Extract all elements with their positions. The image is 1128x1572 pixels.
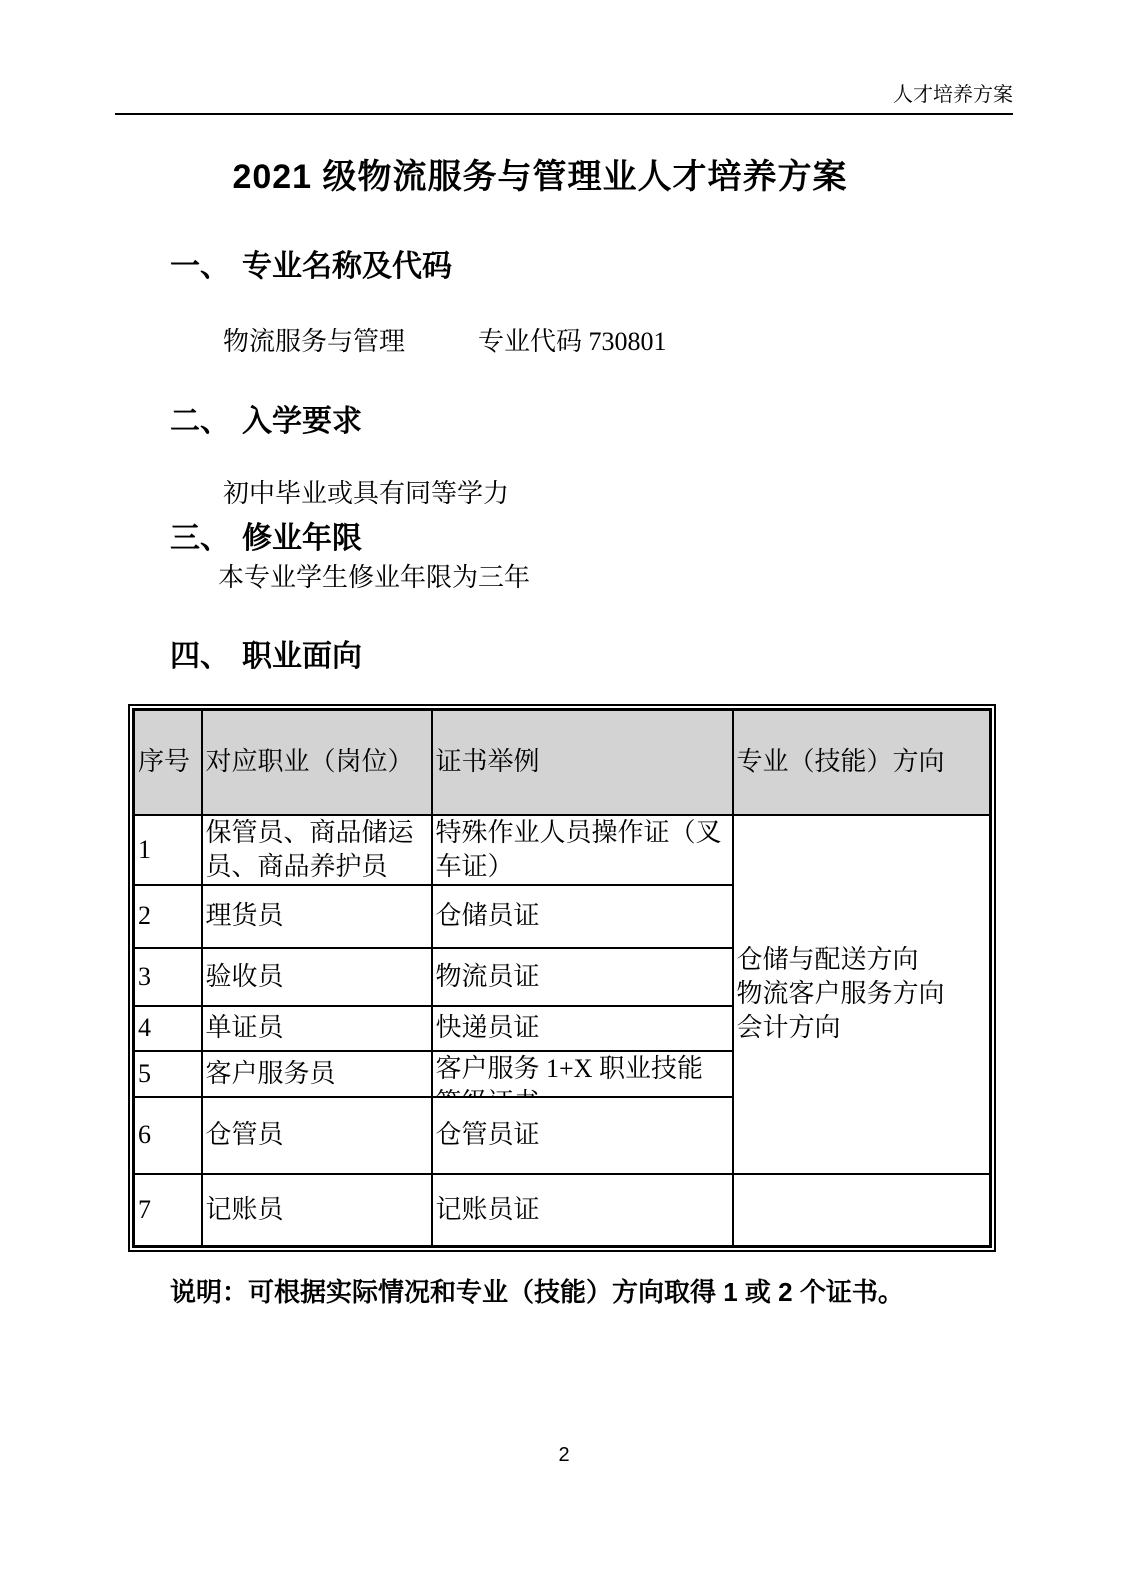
running-header: 人才培养方案 xyxy=(115,82,1013,115)
section-4-label: 职业面向 xyxy=(242,640,362,673)
section-2-number: 二、 xyxy=(170,405,230,438)
direction-cell: 仓储与配送方向 物流客户服务方向 会计方向 xyxy=(733,815,991,1174)
cert-cell: 记账员证 xyxy=(432,1174,733,1247)
career-orientation-table: 序号 对应职业（岗位） 证书举例 专业（技能）方向 1 保管员、商品储运员、商品… xyxy=(132,708,992,1248)
table-row: 1 保管员、商品储运员、商品养护员 特殊作业人员操作证（叉车证） 仓储与配送方向… xyxy=(134,815,991,885)
career-table-frame: 序号 对应职业（岗位） 证书举例 专业（技能）方向 1 保管员、商品储运员、商品… xyxy=(128,704,996,1252)
job-cell: 记账员 xyxy=(202,1174,432,1247)
admission-requirement-text: 初中毕业或具有同等学力 xyxy=(223,477,509,511)
table-row: 7 记账员 记账员证 xyxy=(134,1174,991,1247)
job-cell: 理货员 xyxy=(202,885,432,948)
cert-cell: 客户服务 1+X 职业技能等级证书 xyxy=(432,1051,733,1097)
cert-clipped-text: 客户服务 1+X 职业技能等级证书 xyxy=(436,1052,728,1096)
row-number-cell: 2 xyxy=(134,885,202,948)
job-cell: 仓管员 xyxy=(202,1097,432,1174)
section-3-number: 三、 xyxy=(170,522,230,555)
section-2-label: 入学要求 xyxy=(242,405,362,438)
cert-cell: 仓储员证 xyxy=(432,885,733,948)
section-4-heading: 四、职业面向 xyxy=(170,639,362,675)
row-number-cell: 1 xyxy=(134,815,202,885)
row-number-cell: 3 xyxy=(134,948,202,1006)
section-1-label: 专业名称及代码 xyxy=(242,250,452,283)
header-cell-no: 序号 xyxy=(134,710,202,815)
page-number: 2 xyxy=(0,1444,1128,1467)
row-number-cell: 7 xyxy=(134,1174,202,1247)
document-title: 2021 级物流服务与管理业人才培养方案 xyxy=(0,156,1080,198)
row-number-cell: 4 xyxy=(134,1006,202,1051)
section-3-heading: 三、修业年限 xyxy=(170,521,362,557)
job-cell: 客户服务员 xyxy=(202,1051,432,1097)
major-code: 专业代码 730801 xyxy=(478,325,667,359)
header-cell-job: 对应职业（岗位） xyxy=(202,710,432,815)
job-cell: 单证员 xyxy=(202,1006,432,1051)
cert-cell: 特殊作业人员操作证（叉车证） xyxy=(432,815,733,885)
section-3-label: 修业年限 xyxy=(242,522,362,555)
row-number-cell: 5 xyxy=(134,1051,202,1097)
major-name-line: 物流服务与管理 专业代码 730801 xyxy=(223,325,1013,359)
cert-cell: 物流员证 xyxy=(432,948,733,1006)
header-cell-direction: 专业（技能）方向 xyxy=(733,710,991,815)
study-duration-text: 本专业学生修业年限为三年 xyxy=(218,561,530,595)
cert-cell: 快递员证 xyxy=(432,1006,733,1051)
cert-cell: 仓管员证 xyxy=(432,1097,733,1174)
note-text: 说明：可根据实际情况和专业（技能）方向取得 1 或 2 个证书。 xyxy=(170,1276,904,1308)
direction-empty-cell xyxy=(733,1174,991,1247)
row-number-cell: 6 xyxy=(134,1097,202,1174)
job-cell: 保管员、商品储运员、商品养护员 xyxy=(202,815,432,885)
job-cell: 验收员 xyxy=(202,948,432,1006)
section-1-heading: 一、专业名称及代码 xyxy=(170,249,452,285)
section-4-number: 四、 xyxy=(170,640,230,673)
major-name: 物流服务与管理 xyxy=(223,327,405,356)
document-page: 人才培养方案 2021 级物流服务与管理业人才培养方案 一、专业名称及代码 物流… xyxy=(0,0,1128,1572)
header-cell-cert: 证书举例 xyxy=(432,710,733,815)
running-header-label: 人才培养方案 xyxy=(893,84,1013,106)
section-1-number: 一、 xyxy=(170,250,230,283)
section-2-heading: 二、入学要求 xyxy=(170,404,362,440)
table-header-row: 序号 对应职业（岗位） 证书举例 专业（技能）方向 xyxy=(134,710,991,815)
